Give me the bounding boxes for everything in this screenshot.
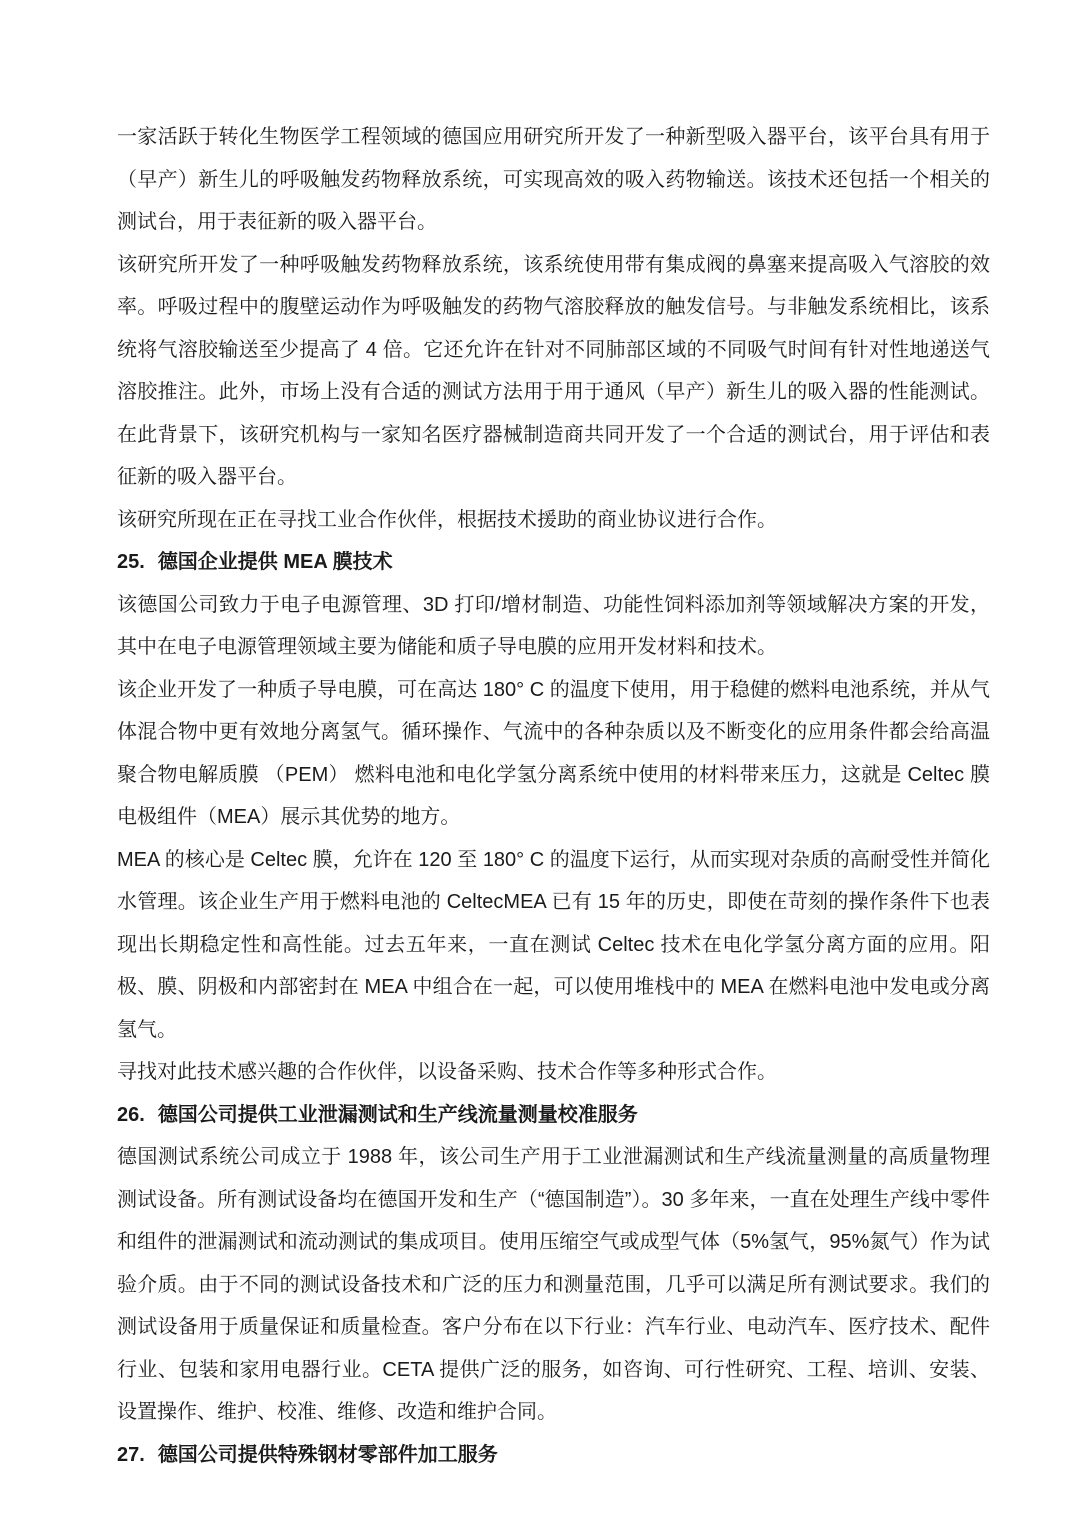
section-26-number: 26. (117, 1094, 145, 1137)
paragraph-inhaler-partner: 该研究所现在正在寻找工业合作伙伴，根据技术援助的商业协议进行合作。 (117, 499, 990, 542)
paragraph-mea-partner: 寻找对此技术感兴趣的合作伙伴，以设备采购、技术合作等多种形式合作。 (117, 1051, 990, 1094)
section-27-title: 德国公司提供特殊钢材零部件加工服务 (158, 1444, 498, 1466)
document-page: 一家活跃于转化生物医学工程领域的德国应用研究所开发了一种新型吸入器平台，该平台具… (0, 0, 1080, 1527)
paragraph-ceta: 德国测试系统公司成立于 1988 年，该公司生产用于工业泄漏测试和生产线流量测量… (117, 1136, 990, 1434)
paragraph-inhaler-intro: 一家活跃于转化生物医学工程领域的德国应用研究所开发了一种新型吸入器平台，该平台具… (117, 116, 990, 244)
paragraph-mea-company: 该德国公司致力于电子电源管理、3D 打印/增材制造、功能性饲料添加剂等领域解决方… (117, 584, 990, 669)
section-25-title: 德国企业提供 MEA 膜技术 (158, 551, 393, 573)
section-27-number: 27. (117, 1434, 145, 1477)
paragraph-inhaler-detail: 该研究所开发了一种呼吸触发药物释放系统，该系统使用带有集成阀的鼻塞来提高吸入气溶… (117, 244, 990, 499)
document-content: 一家活跃于转化生物医学工程领域的德国应用研究所开发了一种新型吸入器平台，该平台具… (0, 0, 1080, 1476)
section-25-number: 25. (117, 541, 145, 584)
section-heading-25: 25.德国企业提供 MEA 膜技术 (117, 541, 990, 584)
section-heading-27: 27.德国公司提供特殊钢材零部件加工服务 (117, 1434, 990, 1477)
section-heading-26: 26.德国公司提供工业泄漏测试和生产线流量测量校准服务 (117, 1094, 990, 1137)
paragraph-mea-core: MEA 的核心是 Celtec 膜，允许在 120 至 180° C 的温度下运… (117, 839, 990, 1052)
paragraph-mea-membrane: 该企业开发了一种质子导电膜，可在高达 180° C 的温度下使用，用于稳健的燃料… (117, 669, 990, 839)
section-26-title: 德国公司提供工业泄漏测试和生产线流量测量校准服务 (158, 1104, 638, 1126)
